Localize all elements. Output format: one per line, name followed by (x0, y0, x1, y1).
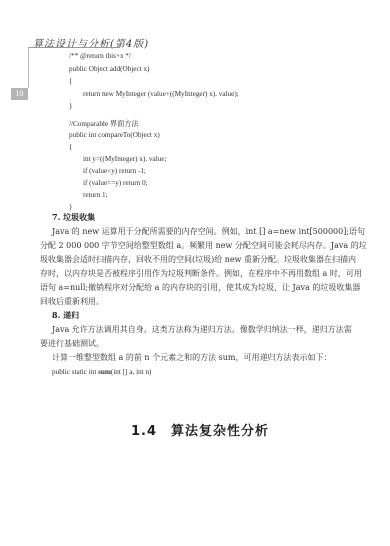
code-line: return new MyInteger (value+((MyInteger)… (83, 90, 239, 98)
text-line: 存时，以内存块是否被程序引用作为垃圾判断条件。例如，在程序中不再用数组 a 时，… (40, 268, 370, 279)
code-line: if (value==y) return 0; (83, 179, 148, 187)
text-line: 要进行基础测试。 (40, 338, 370, 349)
code-line: return 1; (83, 191, 108, 199)
section-title: 算法复杂性分析 (171, 424, 269, 439)
margin-rule (28, 47, 29, 88)
text-line: 语句 a=null;撤销程序对分配给 a 的内存块的引用，使其成为垃圾，让 Ja… (40, 282, 370, 293)
code-text: public static int (52, 368, 98, 376)
text-line: 回收后重新利用。 (40, 296, 370, 307)
header-rule (28, 47, 120, 48)
code-line: { (69, 77, 72, 85)
text-line: 分配 2 000 000 字节空间给整型数组 a。频繁用 new 分配空间可能会… (40, 240, 370, 251)
section-number: 1.4 (131, 424, 157, 439)
code-line: //Comparable 界面方法 (69, 119, 139, 129)
section-heading-1-4: 1.4算法复杂性分析 (131, 420, 269, 439)
text-line: 圾收集器会适时扫描内存，回收不用的空间(垃圾)给 new 重新分配。垃圾收集器在… (40, 254, 370, 265)
section-heading-garbage-collection: 7. 垃圾收集 (52, 212, 95, 223)
code-line: int y=((MyInteger) x). value; (83, 155, 167, 163)
code-line: } (69, 102, 72, 110)
code-line: public Object add(Object x) (69, 65, 149, 73)
text-line: 计算一维整型数组 a 的前 n 个元素之和的方法 sum，可用递归方法表示如下： (52, 352, 382, 363)
code-text: (int [] a, int n) (111, 368, 152, 376)
code-method-name: sum (98, 368, 111, 376)
code-line: /** @return this+x */ (69, 52, 131, 60)
page-number: 10 (11, 88, 28, 100)
text-line: Java 允许方法调用其自身。这类方法称为递归方法。像数学归纳法一样，递归方法需 (52, 324, 370, 335)
code-line: public int compareTo(Object x) (69, 131, 160, 139)
text-line: Java 的 new 运算用于分配所需要的内存空间。例如，int [] a=ne… (52, 226, 370, 237)
code-line: } (69, 203, 72, 211)
section-heading-recursion: 8. 递归 (52, 310, 79, 321)
code-line: if (value<y) return -1; (83, 167, 146, 175)
code-line-signature: public static int sum(int [] a, int n) (52, 368, 151, 376)
code-line: { (69, 143, 72, 151)
